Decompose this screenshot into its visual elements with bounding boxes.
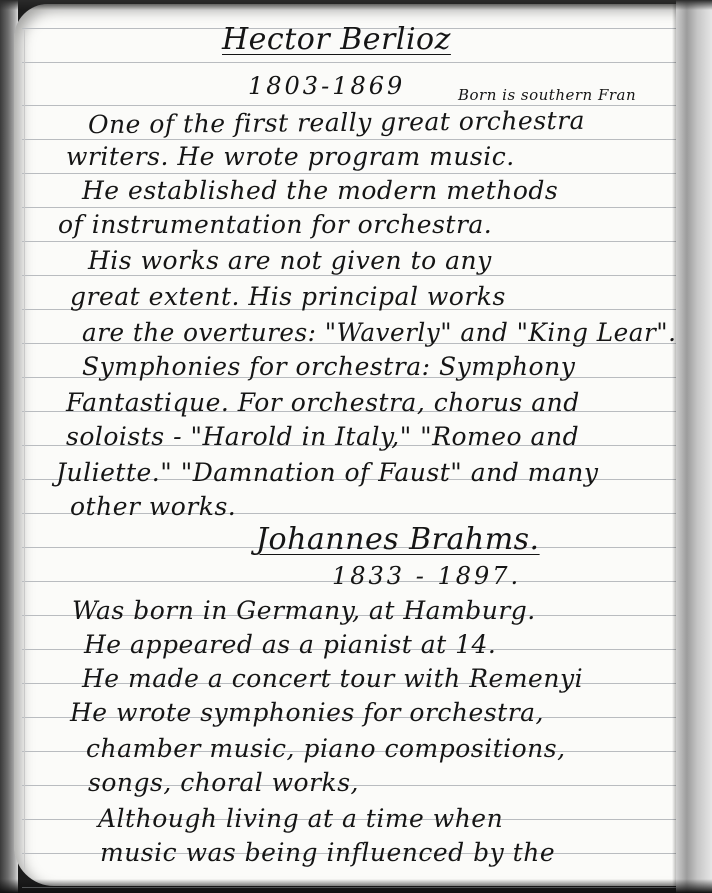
text-line: Was born in Germany, at Hamburg. bbox=[72, 596, 536, 625]
text-line: He wrote symphonies for orchestra, bbox=[70, 698, 544, 727]
text-line: soloists - "Harold in Italy," "Romeo and bbox=[66, 422, 579, 451]
text-line: He appeared as a pianist at 14. bbox=[84, 630, 496, 659]
section-heading: Johannes Brahms. bbox=[256, 522, 540, 557]
text-line: One of the first really great orchestra bbox=[88, 106, 585, 139]
text-line: are the overtures: "Waverly" and "King L… bbox=[82, 318, 676, 347]
top-edge-shadow bbox=[0, 0, 712, 10]
text-line: He established the modern methods bbox=[82, 176, 558, 205]
margin-note: Born is southern Fran bbox=[458, 86, 636, 104]
margin-line bbox=[24, 30, 25, 870]
text-line: of instrumentation for orchestra. bbox=[58, 210, 492, 239]
text-line: Although living at a time when bbox=[98, 804, 503, 833]
text-line: writers. He wrote program music. bbox=[66, 142, 515, 171]
text-line: great extent. His principal works bbox=[70, 282, 506, 311]
notebook-page: Hector Berlioz 1803-1869 Born is souther… bbox=[0, 0, 712, 893]
section-dates: 1803-1869 bbox=[248, 72, 405, 100]
text-line: He made a concert tour with Remenyi bbox=[82, 664, 583, 693]
section-dates: 1833 - 1897. bbox=[332, 562, 521, 590]
page-edge-shadow bbox=[676, 0, 712, 893]
text-line: songs, choral works, bbox=[88, 768, 359, 797]
text-line: other works. bbox=[70, 492, 236, 521]
section-heading: Hector Berlioz bbox=[222, 22, 451, 57]
text-line: music was being influenced by the bbox=[100, 838, 555, 867]
bottom-edge-shadow bbox=[0, 879, 712, 893]
text-line: Juliette." "Damnation of Faust" and many bbox=[56, 458, 599, 487]
text-line: His works are not given to any bbox=[88, 246, 492, 275]
text-line: Fantastique. For orchestra, chorus and bbox=[66, 388, 580, 417]
text-line: chamber music, piano compositions, bbox=[86, 734, 566, 763]
text-line: Symphonies for orchestra: Symphony bbox=[82, 352, 575, 381]
